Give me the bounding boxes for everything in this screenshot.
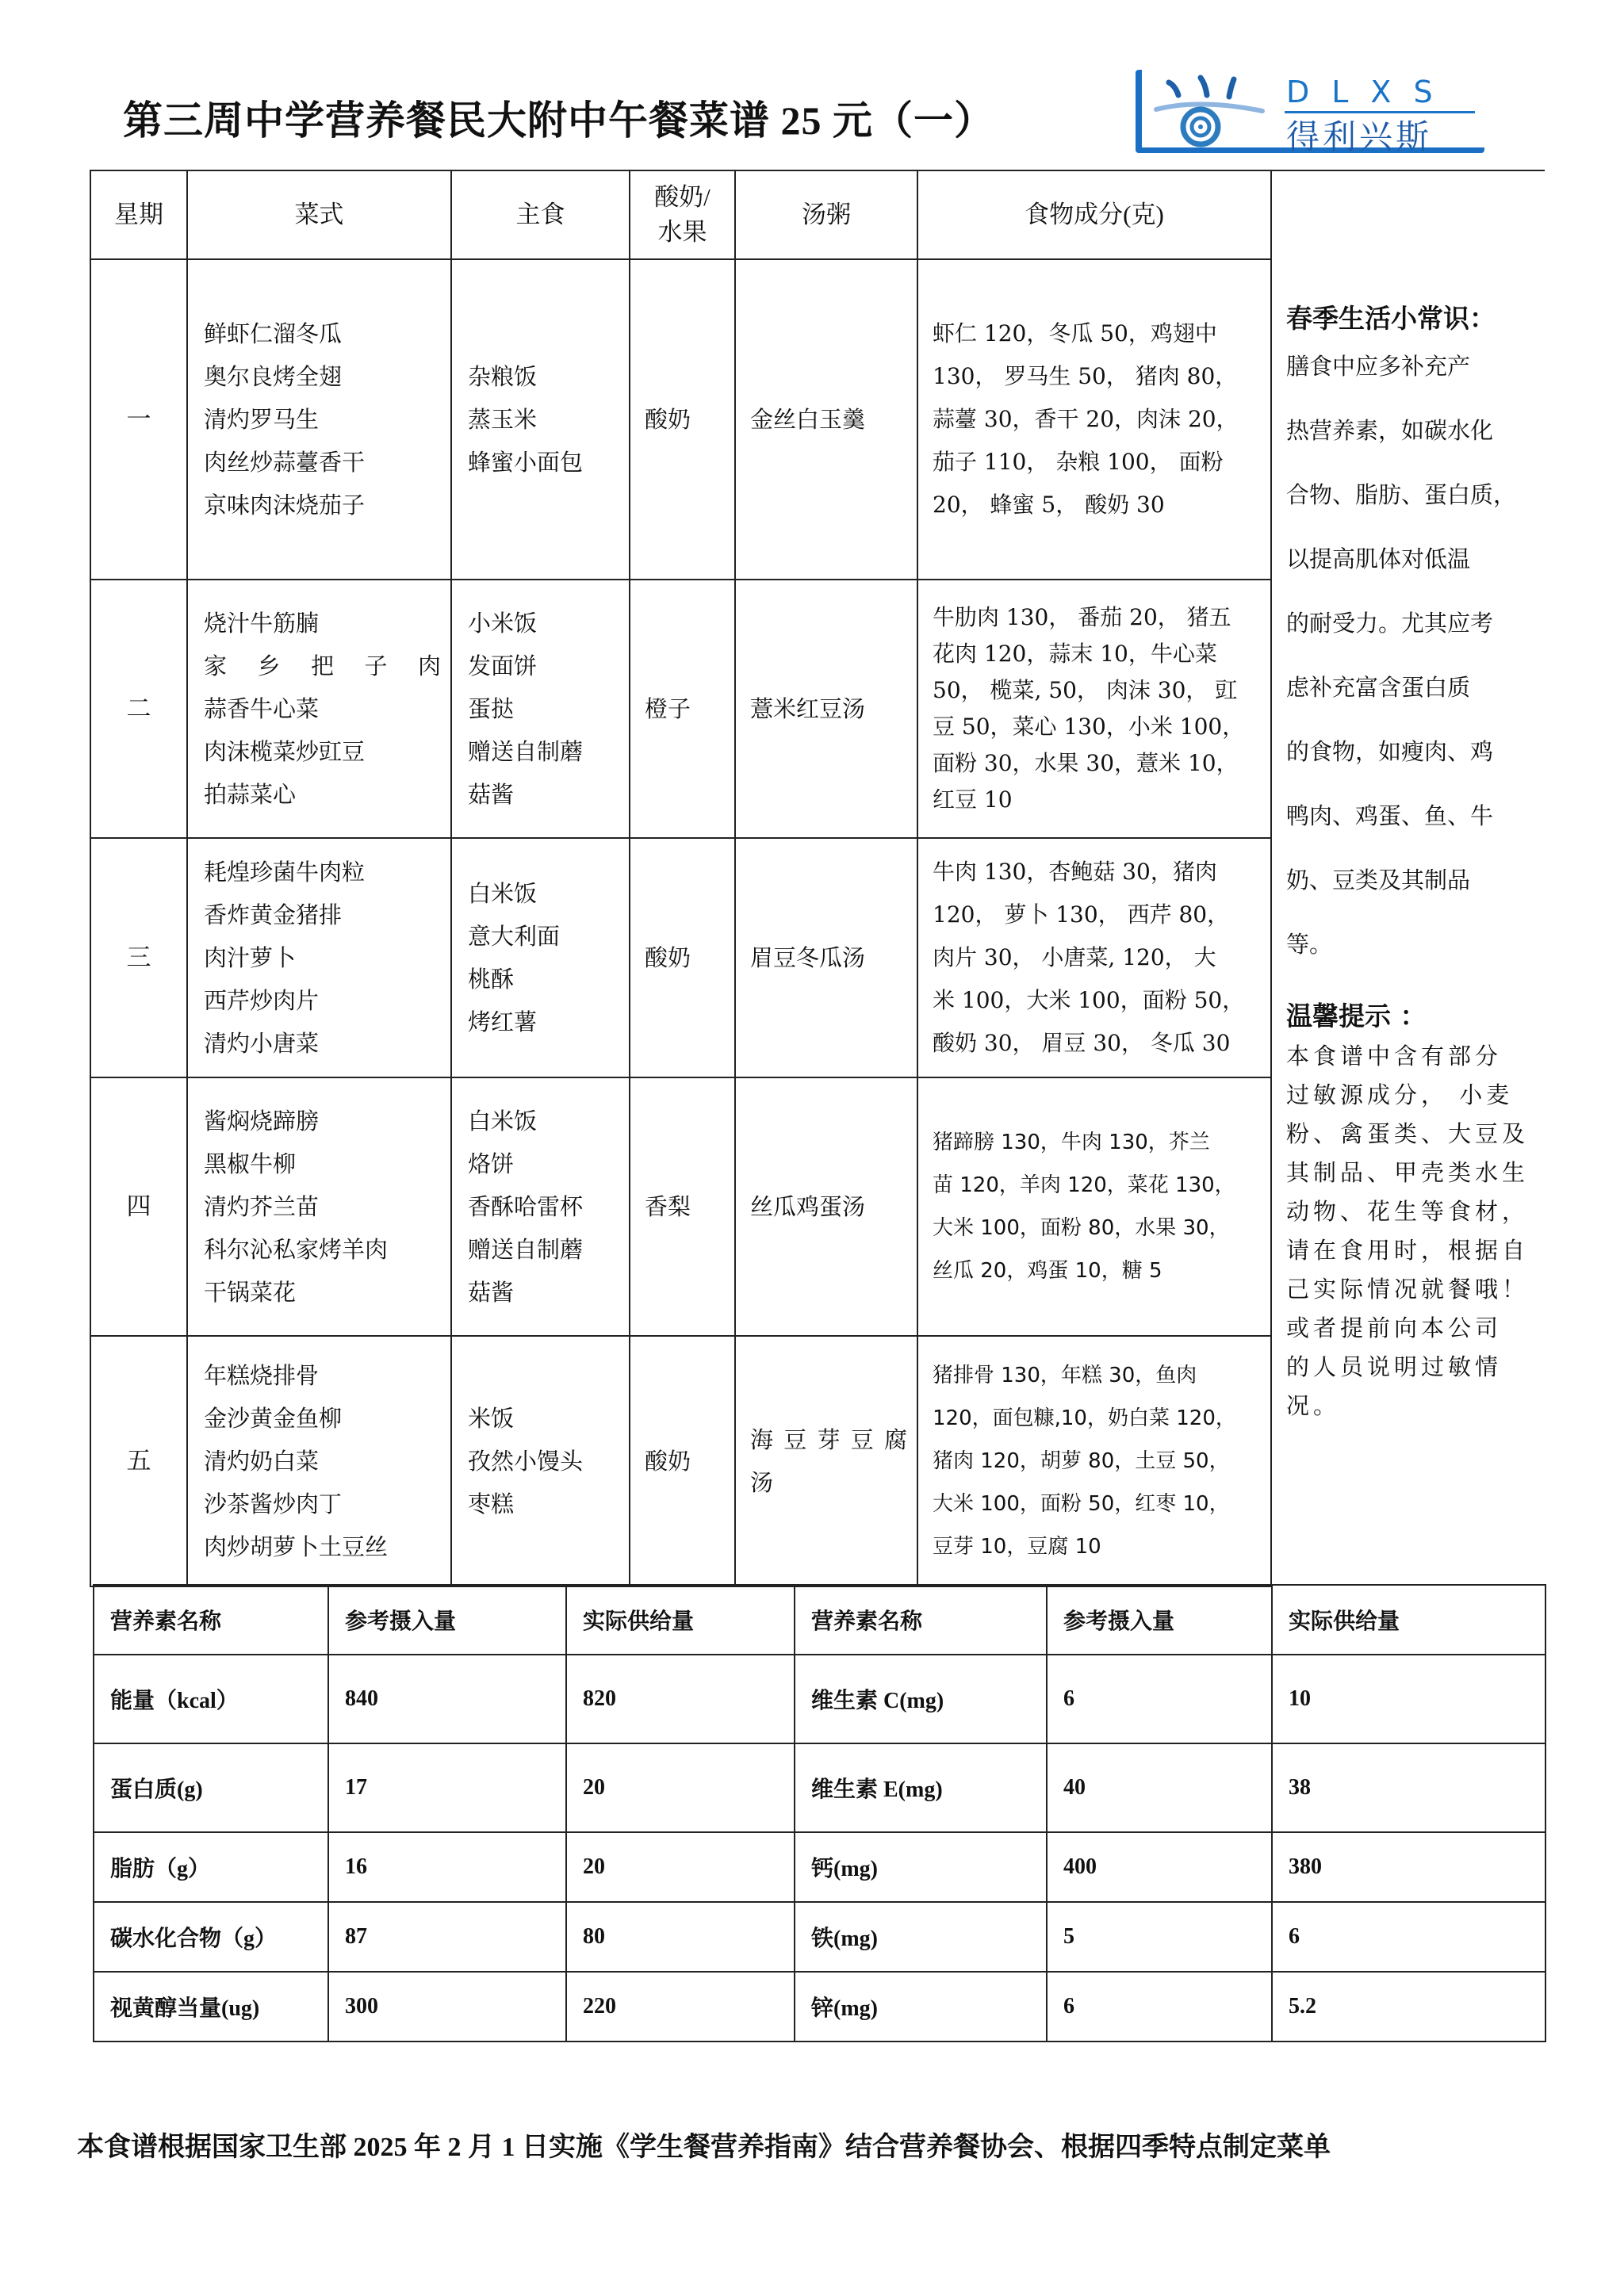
dishes-cell: 烧汁牛筋腩 家乡把子肉 蒜香牛心菜 肉沫榄菜炒豇豆 拍蒜菜心 — [187, 580, 451, 838]
nutrient-name: 维生素 C(mg) — [795, 1655, 1047, 1743]
dishes-cell: 鲜虾仁溜冬瓜 奥尔良烤全翅 清灼罗马生 肉丝炒蒜薹香干 京味肉沫烧茄子 — [187, 259, 451, 580]
staples-cell: 杂粮饭 蒸玉米 蜂蜜小面包 — [451, 259, 630, 580]
ingredients-cell: 猪蹄膀 130，牛肉 130，芥兰 苗 120，羊肉 120，菜花 130， 大… — [917, 1077, 1271, 1336]
logo-frame-left — [1136, 70, 1142, 152]
nutrition-row: 碳水化合物（g） 87 80 铁(mg) 5 6 — [94, 1902, 1545, 1972]
nutrition-row: 能量（kcal） 840 820 维生素 C(mg) 6 10 — [94, 1655, 1545, 1743]
menu-row-monday: 一 鲜虾仁溜冬瓜 奥尔良烤全翅 清灼罗马生 肉丝炒蒜薹香干 京味肉沫烧茄子 杂粮… — [90, 259, 1271, 580]
company-logo: DLXS 得利兴斯 — [1136, 63, 1497, 157]
ingredients-cell: 猪排骨 130，年糕 30，鱼肉 120，面包糠,10，奶白菜 120， 猪肉 … — [917, 1336, 1271, 1586]
header-soup: 汤粥 — [735, 170, 917, 259]
weekday-cell: 五 — [90, 1336, 187, 1586]
nutrient-name: 维生素 E(mg) — [795, 1743, 1047, 1832]
logo-brand-cn: 得利兴斯 — [1286, 111, 1432, 159]
weekday-cell: 一 — [90, 259, 187, 580]
dishes-cell: 耗煌珍菌牛肉粒 香炸黄金猪排 肉汁萝卜 西芹炒肉片 清灼小唐菜 — [187, 838, 451, 1077]
nutrient-name: 钙(mg) — [795, 1832, 1047, 1902]
header-weekday: 星期 — [90, 170, 187, 259]
dishes-cell: 酱焖烧蹄膀 黑椒牛柳 清灼芥兰苗 科尔沁私家烤羊肉 干锅菜花 — [187, 1077, 451, 1336]
reference-value: 6 — [1047, 1655, 1272, 1743]
header-yogurt-fruit: 酸奶/ 水果 — [630, 170, 735, 259]
dishes-cell: 年糕烧排骨 金沙黄金鱼柳 清灼奶白菜 沙茶酱炒肉丁 肉炒胡萝卜土豆丝 — [187, 1336, 451, 1586]
actual-value: 38 — [1272, 1743, 1545, 1832]
footer-note: 本食谱根据国家卫生部 2025 年 2 月 1 日实施《学生餐营养指南》结合营养… — [77, 2125, 1331, 2164]
actual-value: 10 — [1272, 1655, 1545, 1743]
side-notes-panel: 春季生活小常识： 膳食中应多补充产 热营养素，如碳水化 合物、脂肪、蛋白质， 以… — [1270, 170, 1545, 1586]
staples-cell: 小米饭 发面饼 蛋挞 赠送自制蘑 菇酱 — [451, 580, 630, 838]
menu-row-wednesday: 三 耗煌珍菌牛肉粒 香炸黄金猪排 肉汁萝卜 西芹炒肉片 清灼小唐菜 白米饭 意大… — [90, 838, 1271, 1077]
header-ingredients: 食物成分(克) — [917, 170, 1271, 259]
actual-value: 820 — [566, 1655, 795, 1743]
nutrient-name: 蛋白质(g) — [94, 1743, 328, 1832]
soup-cell: 海豆芽豆腐 汤 — [735, 1336, 917, 1586]
menu-header-row: 星期 菜式 主食 酸奶/ 水果 汤粥 食物成分(克) — [90, 170, 1271, 259]
weekday-cell: 三 — [90, 838, 187, 1077]
nutrition-row: 脂肪（g） 16 20 钙(mg) 400 380 — [94, 1832, 1545, 1902]
actual-value: 5.2 — [1272, 1972, 1545, 2042]
header-actual-supply: 实际供给量 — [1272, 1585, 1545, 1655]
page-title: 第三周中学营养餐民大附中午餐菜谱 25 元（一） — [123, 89, 994, 146]
header-staples: 主食 — [451, 170, 630, 259]
ingredients-cell: 牛肋肉 130， 番茄 20， 猪五 花肉 120，蒜末 10，牛心菜 50， … — [917, 580, 1271, 838]
reference-value: 300 — [328, 1972, 566, 2042]
menu-row-friday: 五 年糕烧排骨 金沙黄金鱼柳 清灼奶白菜 沙茶酱炒肉丁 肉炒胡萝卜土豆丝 米饭 … — [90, 1336, 1271, 1586]
reference-value: 5 — [1047, 1902, 1272, 1972]
soup-cell: 薏米红豆汤 — [735, 580, 917, 838]
reminder-text: 本食谱中含有部分 过敏源成分， 小麦 粉、禽蛋类、大豆及 其制品、甲壳类水生 动… — [1286, 1037, 1532, 1425]
header-actual-supply: 实际供给量 — [566, 1585, 795, 1655]
logo-brand-en: DLXS — [1286, 75, 1455, 109]
spring-tips-text: 膳食中应多补充产 热营养素，如碳水化 合物、脂肪、蛋白质， 以提高肌体对低温 的… — [1286, 335, 1532, 977]
header-nutrient-name: 营养素名称 — [795, 1585, 1047, 1655]
staples-cell: 米饭 孜然小馒头 枣糕 — [451, 1336, 630, 1586]
reference-value: 840 — [328, 1655, 566, 1743]
reminder-title: 温馨提示 ： — [1286, 996, 1427, 1033]
reference-value: 17 — [328, 1743, 566, 1832]
header-reference-intake: 参考摄入量 — [1047, 1585, 1272, 1655]
reference-value: 400 — [1047, 1832, 1272, 1902]
nutrition-header-row: 营养素名称 参考摄入量 实际供给量 营养素名称 参考摄入量 实际供给量 — [94, 1585, 1545, 1655]
reference-value: 87 — [328, 1902, 566, 1972]
nutrient-name: 视黄醇当量(ug) — [94, 1972, 328, 2042]
nutrient-name: 碳水化合物（g） — [94, 1902, 328, 1972]
ingredients-cell: 虾仁 120，冬瓜 50，鸡翅中 130， 罗马生 50， 猪肉 80， 蒜薹 … — [917, 259, 1271, 580]
reference-value: 6 — [1047, 1972, 1272, 2042]
actual-value: 20 — [566, 1832, 795, 1902]
fruit-cell: 酸奶 — [630, 259, 735, 580]
nutrient-name: 锌(mg) — [795, 1972, 1047, 2042]
nutrient-name: 能量（kcal） — [94, 1655, 328, 1743]
header-nutrient-name: 营养素名称 — [94, 1585, 328, 1655]
nutrient-name: 铁(mg) — [795, 1902, 1047, 1972]
weekday-cell: 二 — [90, 580, 187, 838]
fruit-cell: 香梨 — [630, 1077, 735, 1336]
header-reference-intake: 参考摄入量 — [328, 1585, 566, 1655]
menu-row-tuesday: 二 烧汁牛筋腩 家乡把子肉 蒜香牛心菜 肉沫榄菜炒豇豆 拍蒜菜心 小米饭 发面饼… — [90, 580, 1271, 838]
nutrient-name: 脂肪（g） — [94, 1832, 328, 1902]
actual-value: 6 — [1272, 1902, 1545, 1972]
nutrition-table: 营养素名称 参考摄入量 实际供给量 营养素名称 参考摄入量 实际供给量 能量（k… — [93, 1584, 1546, 2042]
staples-cell: 白米饭 烙饼 香酥哈雷杯 赠送自制蘑 菇酱 — [451, 1077, 630, 1336]
header-dishes: 菜式 — [187, 170, 451, 259]
actual-value: 80 — [566, 1902, 795, 1972]
fruit-cell: 酸奶 — [630, 838, 735, 1077]
fruit-cell: 橙子 — [630, 580, 735, 838]
nutrition-row: 视黄醇当量(ug) 300 220 锌(mg) 6 5.2 — [94, 1972, 1545, 2042]
staples-cell: 白米饭 意大利面 桃酥 烤红薯 — [451, 838, 630, 1077]
reference-value: 40 — [1047, 1743, 1272, 1832]
soup-cell: 金丝白玉羹 — [735, 259, 917, 580]
weekday-cell: 四 — [90, 1077, 187, 1336]
menu-row-thursday: 四 酱焖烧蹄膀 黑椒牛柳 清灼芥兰苗 科尔沁私家烤羊肉 干锅菜花 白米饭 烙饼 … — [90, 1077, 1271, 1336]
soup-cell: 眉豆冬瓜汤 — [735, 838, 917, 1077]
weekly-menu-table: 星期 菜式 主食 酸奶/ 水果 汤粥 食物成分(克) 一 鲜虾仁溜冬瓜 奥尔良烤… — [90, 170, 1272, 1587]
ingredients-cell: 牛肉 130，杏鲍菇 30，猪肉 120， 萝卜 130， 西芹 80， 肉片 … — [917, 838, 1271, 1077]
soup-cell: 丝瓜鸡蛋汤 — [735, 1077, 917, 1336]
nutrition-row: 蛋白质(g) 17 20 维生素 E(mg) 40 38 — [94, 1743, 1545, 1832]
swirl-eye-logo-icon — [1151, 71, 1278, 147]
spring-tips-title: 春季生活小常识： — [1286, 298, 1496, 335]
actual-value: 380 — [1272, 1832, 1545, 1902]
actual-value: 220 — [566, 1972, 795, 2042]
fruit-cell: 酸奶 — [630, 1336, 735, 1586]
actual-value: 20 — [566, 1743, 795, 1832]
reference-value: 16 — [328, 1832, 566, 1902]
